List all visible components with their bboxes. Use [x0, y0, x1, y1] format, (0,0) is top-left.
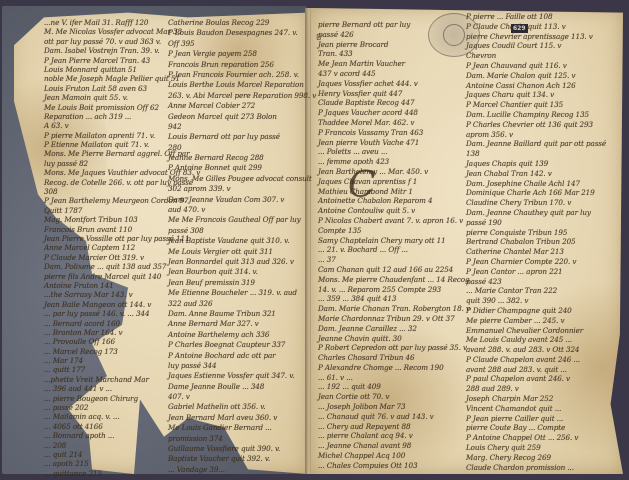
manuscript-scan: ...ne V. ifer Mail 31. Rafff 120M. Me Ni… [0, 0, 629, 480]
register-entry: Dam. Isabel Vostrejn Tran. 39. v. [44, 46, 172, 55]
register-entry: Jean Bourbon quit 314. v. [168, 267, 308, 277]
register-entry: ... par luy passé 146. v. ... 344 [44, 309, 172, 318]
register-entry: ott par luy passé 70. v aud 363 v. [44, 37, 172, 46]
register-entry: ... Bernard acord 160 [44, 319, 172, 328]
register-entry: Jean Pierre Vossille ott par luy passé 1… [44, 234, 172, 243]
register-entry: Jean Chabal Tran 142. v [466, 169, 626, 179]
register-entry: P Jean Francois Fournier ach. 258. v. [168, 70, 308, 80]
register-entry: ... quit 214 [44, 450, 172, 459]
register-entry: Dam. Jeanne Chauthey quit par luy [466, 208, 626, 218]
register-entry: Jean Bonnardel quit 313 aud 326. v [168, 257, 308, 267]
register-entry: Jean Baile Mangeon ott 144. v [44, 300, 172, 309]
register-entry: Jaques Estienne Vossfer quit 347. v. [168, 371, 308, 381]
register-entry: Dam. Marie Chalon quit 125. v [466, 71, 626, 81]
register-entry: Louis Fruton Lait 58 aven 63 [44, 84, 172, 93]
register-entry: Dam. Marie Chanan Tran. Robergton 18. v [318, 304, 468, 314]
register-entry: ... pierre Chalant acq 94. v [318, 431, 468, 441]
register-entry: ...ne V. ifer Mail 31. Rafff 120 [44, 18, 172, 27]
register-entry: noble Me Joseph Magle Pellier quit 51 [44, 74, 172, 83]
register-entry: ... Branton Mar 164. v [44, 328, 172, 337]
register-entry: ... 396 aud 441 v ... [44, 384, 172, 393]
register-entry: 322 aud 326 [168, 299, 308, 309]
register-entry: P Jean Pierre Marcel Tran. 43 [44, 56, 172, 65]
register-entry: Jeanne Bernard Recog 288 [168, 153, 308, 163]
register-entry: ... quittance 215 [44, 469, 172, 478]
register-entry: P Claude Chapelon avant 246 ... [466, 355, 626, 365]
register-entry: Mathieu Chambond Mitr 1 [318, 187, 468, 197]
register-entry: Me Jean Martin Vaucher [318, 59, 468, 69]
margin-letter: B [316, 33, 322, 42]
register-entry: 437 v acord 445 [318, 69, 468, 79]
register-entry: P Marcel Chantier quit 135 [466, 100, 626, 110]
register-entry: Mons. Me Jaques Vauthier advocat Off 83.… [44, 168, 172, 177]
register-entry: A 63. v [44, 121, 172, 130]
register-entry: Dam. Jeanne Vaudan Com 307. v [168, 195, 308, 205]
register-entry: Mons. Me pierre Chaudenfant ... 14 Recog [318, 275, 468, 285]
register-entry: Jaques Vossfier achet 444. v [318, 79, 468, 89]
register-entry: P Alexandre Chomge ... Recom 190 [318, 363, 468, 373]
register-entry: Jean Beuf premissin 319 [168, 278, 308, 288]
register-entry: Michel Chappel Acq 100 [318, 451, 468, 461]
register-entry: ... pierre Bougeon Chirurg [44, 394, 172, 403]
register-entry: Me pierre Camber ... 245. v [466, 316, 626, 326]
register-entry: Me Louis Vergier ott quit 311 [168, 247, 308, 257]
register-entry: P Didier Champagne quit 240 [466, 306, 626, 316]
register-entry: ... Poletts ... aveu ... [318, 147, 468, 157]
register-entry: ... femme apoth 423 [318, 157, 468, 167]
register-entry: ... passé 202 [44, 403, 172, 412]
register-entry: Mons. Me Gilles Pougee advocat consult [168, 174, 308, 184]
register-entry: Mons. Me Pierre Bernard aggrel. Off par [44, 149, 172, 158]
register-entry: Jean Bernard Marl aveu 360. v [168, 413, 308, 423]
register-entry: P Jean Vergie payem 258 [168, 49, 308, 59]
register-entry: Antoine Fruton 141 [44, 281, 172, 290]
register-entry: Louis Chery quit 259 [466, 443, 626, 453]
register-entry: luy passé 344 [168, 361, 308, 371]
register-entry: ... 4065 ott 4166 [44, 422, 172, 431]
register-entry: Samy Chaptelain Chery mary ott 11 [318, 236, 468, 246]
register-entry: Antoine Contouliw quit 5. v [318, 206, 468, 216]
register-entry: Louis Berthe Louis Marcel Reparation [168, 80, 308, 90]
register-entry: Catherine Chantel Mar 213 [466, 247, 626, 257]
register-entry: quit 390 ... 382. v [466, 296, 626, 306]
register-entry: aud 470. v [168, 205, 308, 215]
register-entry: 14. v. ... Reparom 255 Compte 293 [318, 285, 468, 295]
section-initial: C [348, 165, 376, 206]
register-entry: Dame Jeanne Boulle ... 348 [168, 382, 308, 392]
register-entry: ... 21. v. Bochard ... Off ... [318, 245, 468, 255]
register-entry: ... quitt 177 [44, 365, 172, 374]
register-entry: luy passé 82 [44, 159, 172, 168]
register-entry: ... Marcel Recog 173 [44, 347, 172, 356]
register-entry: Jean Mamoin quit 55. v. [44, 93, 172, 102]
register-entry: Jean Baptiste Vaudane quit 310. v. [168, 236, 308, 246]
register-entry: Me Louis Gandier Bernard ... [168, 423, 308, 433]
register-entry: Jaques Charu quit 134. v [466, 90, 626, 100]
register-entry: Marie Chardonnaz Tribun 29. v Ott 37 [318, 314, 468, 324]
register-entry: Joseph Charpin Mar 252 [466, 394, 626, 404]
register-entry: ... 192 ... quit 409 [318, 382, 468, 392]
register-entry: Jean pierre Vouth Vache 471 [318, 138, 468, 148]
register-entry: P Antoine Chappel Ott ... 256. v [466, 433, 626, 443]
register-entry: ... Chery aud Repayent 88 [318, 422, 468, 432]
register-entry: Jean Cortie ott 70. v [318, 392, 468, 402]
register-entry: ... Mar 174 [44, 356, 172, 365]
register-entry: Antoinette Chabalon Reparom 4 [318, 196, 468, 206]
register-entry: pierre Chevrier aprentissage 113. v [466, 32, 626, 42]
register-entry: Anne Marcel Captem 112 [44, 243, 172, 252]
register-entry: 308 [44, 187, 172, 196]
register-entry: ... Chales Compuies Ott 103 [318, 461, 468, 471]
register-entry: ... 208 [44, 441, 172, 450]
register-entry: Guillaume Vossfiere quit 390. v. [168, 444, 308, 454]
register-entry: P Charles Chevrier ott 136 quit 293 [466, 120, 626, 130]
register-entry: Gabriel Mathelin ott 356. v. [168, 402, 308, 412]
register-entry: Jean Barthelemy ... Mar. 450. v [318, 167, 468, 177]
register-entry: ... Joseph Jolibon Mar 73 [318, 402, 468, 412]
register-entry: Jaques Coudil Court 115. v [466, 41, 626, 51]
register-entry: avant 288. v. aud 283. v Ott 324 [466, 345, 626, 355]
register-entry: Henry Vossfier quit 447 [318, 89, 468, 99]
register-entry: P Francois Vassamy Tran 463 [318, 128, 468, 138]
register-entry: Catherine Boulas Recog 229 [168, 18, 308, 28]
register-entry: ...the Sarrasy Mar 143. v [44, 290, 172, 299]
register-entry: passé 190 [466, 218, 626, 228]
register-entry: 138 [466, 149, 626, 159]
register-entry: ... 359 ... 384 quit 413 [318, 294, 468, 304]
register-entry: ... apoth 215 [44, 459, 172, 468]
register-entry: P Robert Cepredon ott par luy passé 35. … [318, 343, 468, 353]
register-entry: pierre fils Andre Marcel quit 140 [44, 272, 172, 281]
register-entry: Louis Bernard ott par luy passé [168, 132, 308, 142]
register-entry: Louis Monnard quittan 51 [44, 65, 172, 74]
register-entry: Dam. Lucille Champiny Recog 135 [466, 110, 626, 120]
register-entry: P Jean Cantor ... apron 221 [466, 267, 626, 277]
register-entry: P Antoine Bochard adc ott par [168, 351, 308, 361]
register-entry: P Jaques Vaucher acord 448 [318, 108, 468, 118]
register-entry: Quitt 1787 [44, 206, 172, 215]
register-entry: 302 aprom 339. v [168, 184, 308, 194]
register-entry: P Nicolas Chabert avant 7. v. apron 16. … [318, 216, 468, 226]
register-entry: 288 aud 289. v [466, 384, 626, 394]
register-entry: ... Provoulle Off 166 [44, 337, 172, 346]
register-entry: Bertrand Chabalon Tribun 205 [466, 237, 626, 247]
seal-crest-icon [443, 24, 465, 46]
right-page-column-2: P pierre ... Faille ott 108P Claude Chap… [466, 12, 626, 472]
register-entry: 280 [168, 143, 308, 153]
register-entry: avant 288 aud 283. v. quit ... [466, 365, 626, 375]
register-entry: Me Me Francois Gautheal Off par luy [168, 215, 308, 225]
register-entry: 407. v [168, 392, 308, 402]
archive-seal-stamp-icon [428, 13, 480, 57]
register-entry: ... 61. v ... [318, 373, 468, 383]
register-entry: Dam. Jeanne Baillard quit par ott passé [466, 139, 626, 149]
register-entry: P Jean Charnier Compte 220. v [466, 257, 626, 267]
register-entry: P Etienne Mailaton quit 71. v. [44, 140, 172, 149]
register-entry: pierre Coute Bay ... Compte [466, 423, 626, 433]
register-entry: P paul Chapelon avant 246. v [466, 374, 626, 384]
left-page-column-2: Catherine Boulas Recog 229P Louis Baudon… [168, 18, 308, 475]
register-entry: M. Me Nicolas Vossfer advocat Mar 38 [44, 27, 172, 36]
register-entry: P pierre Mailaton aprenti 71. v. [44, 131, 172, 140]
register-entry: P pierre ... Faille ott 108 [466, 12, 626, 22]
register-entry: Cam Chanan quit 12 aud 166 au 2254 [318, 265, 468, 275]
register-entry: Compte 135 [318, 226, 468, 236]
register-entry: Claude Chardon promission ... [466, 463, 626, 473]
register-entry: pierre Conquiste Tribun 195 [466, 228, 626, 238]
register-entry: Thaddee Morel Mar. 462. v [318, 118, 468, 128]
register-entry: P Claude Marcier Ott 319. v [44, 253, 172, 262]
register-entry: P Jean Chauvand quit 116. v [466, 61, 626, 71]
register-entry: Off 395 [168, 39, 308, 49]
register-entry: Antoine Barthelemy ach 336 [168, 330, 308, 340]
register-entry: Emmanuel Chevalier Cordonnier [466, 326, 626, 336]
register-entry: Mag. Montfort Tribun 103 [44, 215, 172, 224]
register-entry: ...phette Vreit Marchand Mar [44, 375, 172, 384]
register-entry: Marg. Chery Recog 269 [466, 453, 626, 463]
register-entry: ... Vandage 39... [168, 465, 308, 475]
register-entry: Gedeon Marcel quit 273 Bolon [168, 112, 308, 122]
register-entry: Baptiste Vaucher quit 392. v. [168, 454, 308, 464]
register-entry: Dam. Anne Baume Tribun 321 [168, 309, 308, 319]
register-entry: Anne Bernard Mar 327. v [168, 319, 308, 329]
register-entry: Claudine Chery Tribun 170. v [466, 198, 626, 208]
register-entry: Claude Baptiste Recog 447 [318, 98, 468, 108]
register-entry: ... Mailamin acq. v. ... [44, 412, 172, 421]
register-entry: Anne Marcel Cobier 272 [168, 101, 308, 111]
register-entry: Vincent Chamandot quit ... [466, 404, 626, 414]
register-entry: P Jean Barthelemy Meurgeon Cordon 97 [44, 196, 172, 205]
register-entry: ... Marie Cantor Tran 222 [466, 286, 626, 296]
register-entry: ... Jeanne Chanal avant 98 [318, 441, 468, 451]
right-page-column-1: pierre Bernard ott par luypassé 426Jean … [318, 20, 468, 471]
register-entry: Jaques Chavan aprentiss f 1 [318, 177, 468, 187]
left-page-column-1: ...ne V. ifer Mail 31. Rafff 120M. Me Ni… [44, 18, 172, 478]
register-entry: Dam. Jeanne Caraillez ... 32 [318, 324, 468, 334]
folio-number-stamp: 629 [511, 24, 528, 33]
register-entry: Chevron [466, 51, 626, 61]
register-entry: Recog. de Cotelle 266. v. ott par luy pa… [44, 178, 172, 187]
register-entry: P Jean pierre Cailler quit ... [466, 414, 626, 424]
register-entry: Jaques Chapis quit 139 [466, 159, 626, 169]
register-entry: 942 [168, 122, 308, 132]
register-entry: Dominique Charle Ach 166 Mar 219 [466, 188, 626, 198]
register-entry: Me Louis Cauldy avant 245 ... [466, 335, 626, 345]
register-entry: 263. v. Abi Marcel pere Reparation 998. … [168, 91, 308, 101]
register-entry: passé 308 [168, 226, 308, 236]
register-entry: Charles Chosard Tribun 46 [318, 353, 468, 363]
register-entry: P Claude Chapin quit 113. v [466, 22, 626, 32]
register-entry: Francois Brun reparation 256 [168, 60, 308, 70]
register-entry: Me Etienne Boucheler ... 319. v. aud [168, 288, 308, 298]
register-entry: ... 37 [318, 255, 468, 265]
register-entry: ... Bonnard apoth ... [44, 431, 172, 440]
register-entry: P Charles Boegnat Caupteur 337 [168, 340, 308, 350]
register-entry: ... Chanaud quit 76. v aud 143. v [318, 412, 468, 422]
register-entry: Me Louis Boit promission Off 62 [44, 103, 172, 112]
register-entry: Dam. Josephine Chaile Achl 147 [466, 179, 626, 189]
register-entry: Francois Brun avant 110 [44, 225, 172, 234]
register-entry: Dam. Polixene ... quit 138 aud 357 [44, 262, 172, 271]
register-entry: passé 423 [466, 277, 626, 287]
register-entry: promission 374 [168, 434, 308, 444]
register-entry: Antoine Cassi Chanon Ach 126 [466, 81, 626, 91]
register-entry: Reparation ... ach 319 ... [44, 112, 172, 121]
register-entry: P Louis Baudon Desespagnes 247. v. [168, 28, 308, 38]
register-entry: Jeanne Chavin quitt. 30 [318, 334, 468, 344]
register-entry: aprom 356. v [466, 130, 626, 140]
register-entry: P Antoine Bonnet quit 299 [168, 163, 308, 173]
